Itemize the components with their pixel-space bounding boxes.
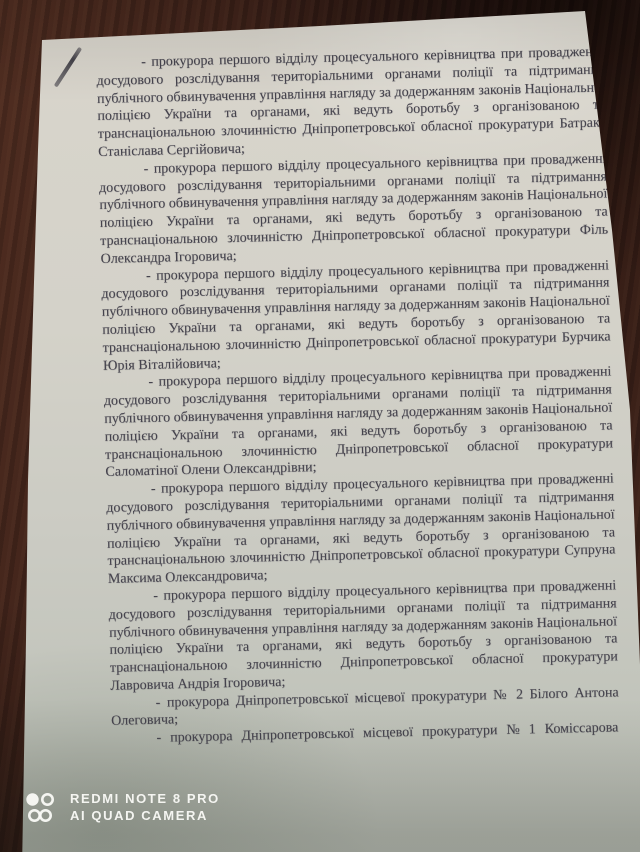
- pen-slash-mark: [54, 47, 82, 87]
- paragraph: - прокурора першого відділу процесуально…: [106, 470, 616, 588]
- document-page: - прокурора першого відділу процесуально…: [0, 0, 640, 852]
- paragraph: - прокурора першого відділу процесуально…: [101, 257, 611, 375]
- document-text: - прокурора першого відділу процесуально…: [96, 43, 620, 748]
- paragraph: - прокурора першого відділу процесуально…: [98, 150, 608, 268]
- redmi-quad-camera-icon: [25, 792, 59, 824]
- photo-of-document: - прокурора першого відділу процесуально…: [0, 0, 640, 852]
- watermark-camera-label: AI QUAD CAMERA: [70, 808, 220, 825]
- camera-watermark: REDMI NOTE 8 PRO AI QUAD CAMERA: [25, 791, 220, 824]
- paragraph: - прокурора першого відділу процесуально…: [108, 577, 618, 695]
- watermark-device-name: REDMI NOTE 8 PRO: [70, 791, 220, 808]
- paragraph: - прокурора першого відділу процесуально…: [103, 364, 613, 482]
- paragraph: - прокурора першого відділу процесуально…: [96, 43, 606, 161]
